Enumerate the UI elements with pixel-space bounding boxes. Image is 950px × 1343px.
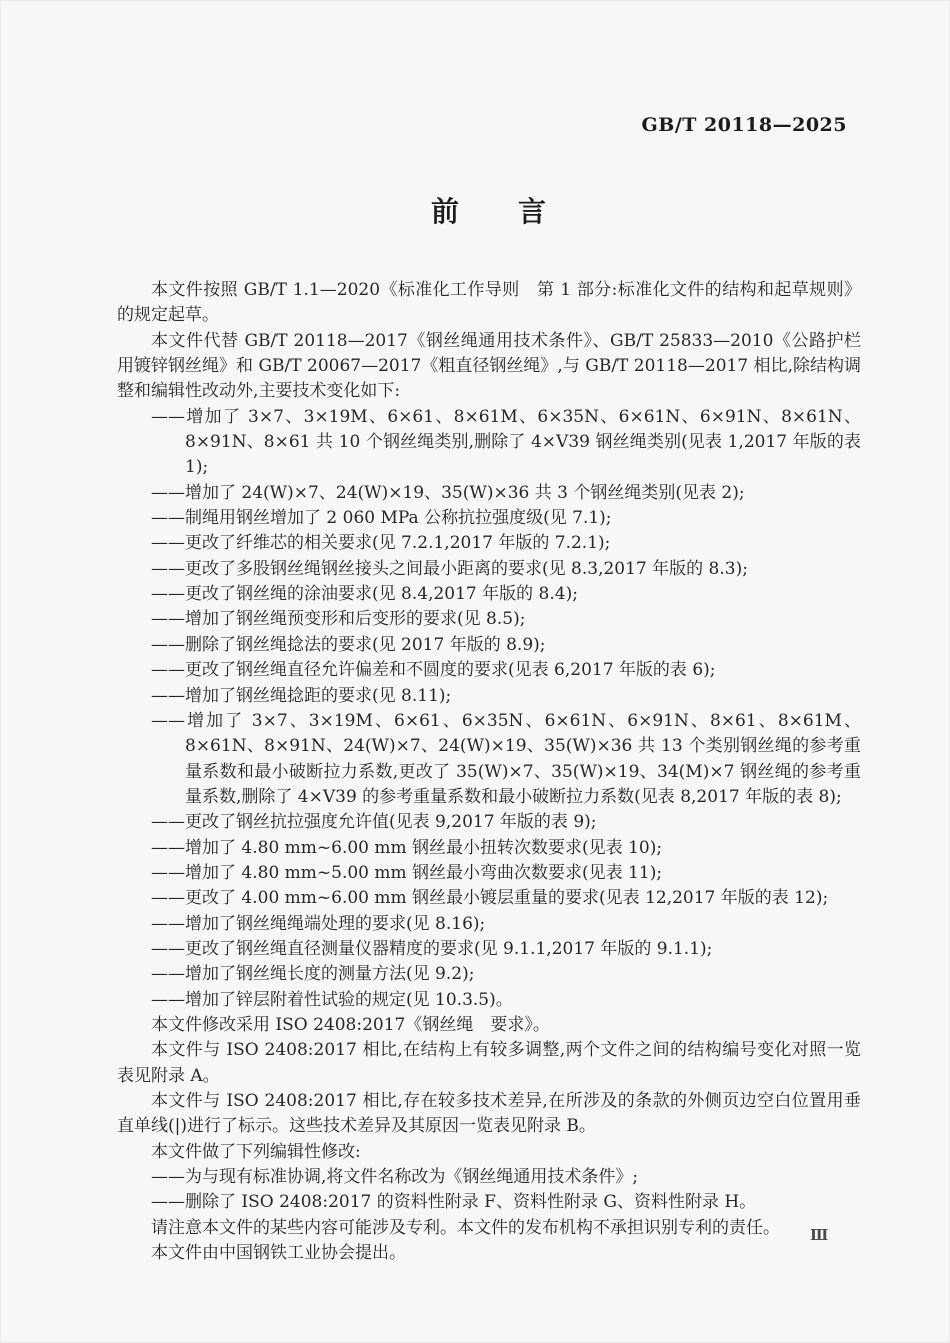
foreword-title: 前 言 bbox=[117, 190, 861, 230]
technical-change-item: ——更改了纤维芯的相关要求(见 7.2.1,2017 年版的 7.2.1); bbox=[117, 531, 861, 556]
technical-change-item: ——增加了 4.80 mm~5.00 mm 钢丝最小弯曲次数要求(见表 11); bbox=[117, 861, 861, 886]
paragraph-patent-notice: 请注意本文件的某些内容可能涉及专利。本文件的发布机构不承担识别专利的责任。 bbox=[117, 1216, 861, 1241]
technical-change-item: ——增加了钢丝绳预变形和后变形的要求(见 8.5); bbox=[117, 607, 861, 632]
technical-change-item: ——更改了钢丝绳的涂油要求(见 8.4,2017 年版的 8.4); bbox=[117, 582, 861, 607]
paragraph-technical-difference: 本文件与 ISO 2408:2017 相比,存在较多技术差异,在所涉及的条款的外… bbox=[117, 1089, 861, 1140]
foreword-content: 本文件按照 GB/T 1.1—2020《标准化工作导则 第 1 部分:标准化文件… bbox=[117, 278, 861, 1266]
technical-change-item: ——删除了钢丝绳捻法的要求(见 2017 年版的 8.9); bbox=[117, 633, 861, 658]
technical-change-item: ——更改了钢丝绳直径允许偏差和不圆度的要求(见表 6,2017 年版的表 6); bbox=[117, 658, 861, 683]
technical-change-item: ——增加了 4.80 mm~6.00 mm 钢丝最小扭转次数要求(见表 10); bbox=[117, 836, 861, 861]
document-page: GB/T 20118—2025 前 言 本文件按照 GB/T 1.1—2020《… bbox=[0, 0, 950, 1343]
editorial-change-item: ——删除了 ISO 2408:2017 的资料性附录 F、资料性附录 G、资料性… bbox=[117, 1190, 861, 1215]
paragraph-replacement: 本文件代替 GB/T 20118—2017《钢丝绳通用技术条件》、GB/T 25… bbox=[117, 329, 861, 405]
paragraph-structure-difference: 本文件与 ISO 2408:2017 相比,在结构上有较多调整,两个文件之间的结… bbox=[117, 1038, 861, 1089]
paragraph-editorial-intro: 本文件做了下列编辑性修改: bbox=[117, 1140, 861, 1165]
technical-change-item: ——更改了多股钢丝绳钢丝接头之间最小距离的要求(见 8.3,2017 年版的 8… bbox=[117, 557, 861, 582]
editorial-changes-list: ——为与现有标准协调,将文件名称改为《钢丝绳通用技术条件》;——删除了 ISO … bbox=[117, 1165, 861, 1216]
technical-changes-list: ——增加了 3×7、3×19M、6×61、8×61M、6×35N、6×61N、6… bbox=[117, 405, 861, 1013]
technical-change-item: ——制绳用钢丝增加了 2 060 MPa 公称抗拉强度级(见 7.1); bbox=[117, 506, 861, 531]
technical-change-item: ——更改了钢丝绳直径测量仪器精度的要求(见 9.1.1,2017 年版的 9.1… bbox=[117, 937, 861, 962]
technical-change-item: ——增加了钢丝绳捻距的要求(见 8.11); bbox=[117, 684, 861, 709]
technical-change-item: ——增加了 24(W)×7、24(W)×19、35(W)×36 共 3 个钢丝绳… bbox=[117, 481, 861, 506]
paragraph-drafting-basis: 本文件按照 GB/T 1.1—2020《标准化工作导则 第 1 部分:标准化文件… bbox=[117, 278, 861, 329]
paragraph-proposer: 本文件由中国钢铁工业协会提出。 bbox=[117, 1241, 861, 1266]
technical-change-item: ——增加了 3×7、3×19M、6×61、8×61M、6×35N、6×61N、6… bbox=[117, 405, 861, 481]
page-number: Ⅲ bbox=[810, 1226, 828, 1244]
paragraph-iso-adoption: 本文件修改采用 ISO 2408:2017《钢丝绳 要求》。 bbox=[117, 1013, 861, 1038]
technical-change-item: ——增加了钢丝绳长度的测量方法(见 9.2); bbox=[117, 962, 861, 987]
technical-change-item: ——增加了钢丝绳绳端处理的要求(见 8.16); bbox=[117, 912, 861, 937]
technical-change-item: ——增加了锌层附着性试验的规定(见 10.3.5)。 bbox=[117, 988, 861, 1013]
technical-change-item: ——增加了 3×7、3×19M、6×61、6×35N、6×61N、6×91N、8… bbox=[117, 709, 861, 810]
technical-change-item: ——更改了 4.00 mm~6.00 mm 钢丝最小镀层重量的要求(见表 12,… bbox=[117, 886, 861, 911]
standard-code: GB/T 20118—2025 bbox=[642, 114, 847, 136]
editorial-change-item: ——为与现有标准协调,将文件名称改为《钢丝绳通用技术条件》; bbox=[117, 1165, 861, 1190]
technical-change-item: ——更改了钢丝抗拉强度允许值(见表 9,2017 年版的表 9); bbox=[117, 810, 861, 835]
